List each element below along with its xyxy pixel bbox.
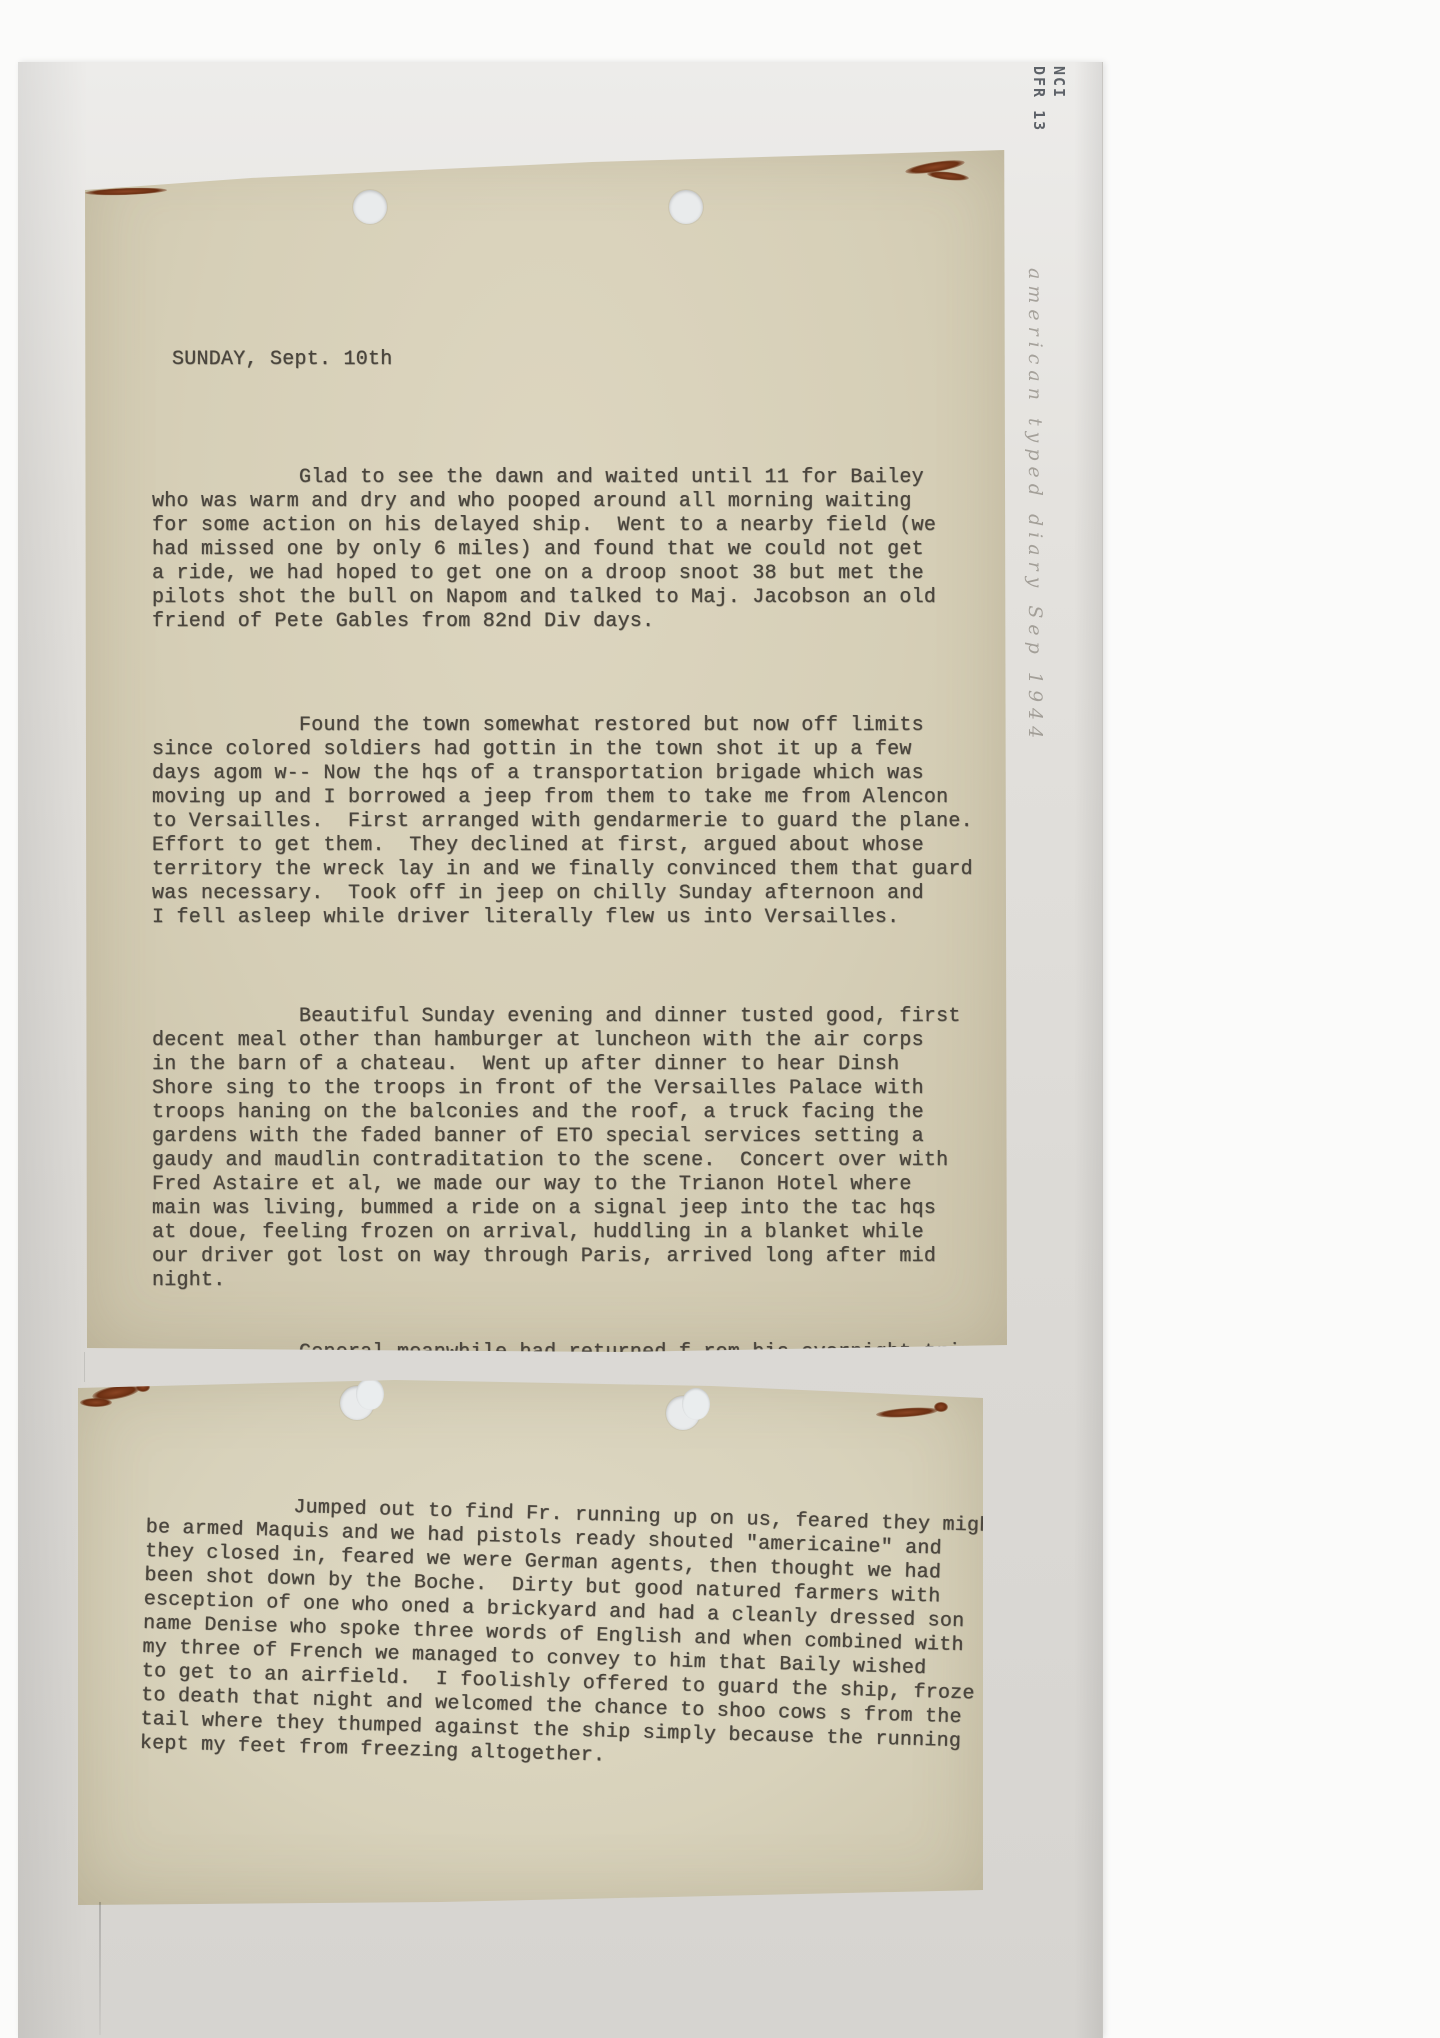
rust-stain <box>927 170 970 182</box>
rust-stain <box>934 1402 948 1412</box>
page-edge-line <box>99 1902 101 2035</box>
rust-stain <box>80 1398 112 1407</box>
photo-of-diary-pages: NCI DFR 13 american typed diary Sep 1944… <box>0 0 1440 2038</box>
punch-hole <box>669 190 703 224</box>
punch-hole <box>666 1396 700 1430</box>
punch-hole <box>353 190 387 224</box>
entry-date-heading: SUNDAY, Sept. 10th <box>172 348 973 372</box>
typed-paragraph: Beautiful Sunday evening and dinner tust… <box>152 1005 973 1293</box>
typed-paragraph: Glad to see the dawn and waited until 11… <box>152 466 973 634</box>
stamp-line: DFR 13 <box>1030 66 1048 132</box>
typed-text-block: Jumped out to find Fr. running up on us,… <box>138 1444 1005 1827</box>
archive-stamp: NCI DFR 13 <box>1028 66 1068 132</box>
punch-hole <box>340 1386 374 1420</box>
page-edge-line <box>84 1352 85 1382</box>
stamp-line: NCI <box>1050 66 1068 132</box>
rust-stain <box>876 1406 938 1419</box>
typed-paragraph: Found the town somewhat restored but now… <box>152 714 973 930</box>
typed-paragraph: Jumped out to find Fr. running up on us,… <box>140 1492 1004 1779</box>
typed-sheet-1: SUNDAY, Sept. 10th Glad to see the dawn … <box>85 150 1007 1352</box>
margin-handwriting-note: american typed diary Sep 1944 <box>1024 268 1046 748</box>
typed-sheet-2: Jumped out to find Fr. running up on us,… <box>78 1378 983 1905</box>
